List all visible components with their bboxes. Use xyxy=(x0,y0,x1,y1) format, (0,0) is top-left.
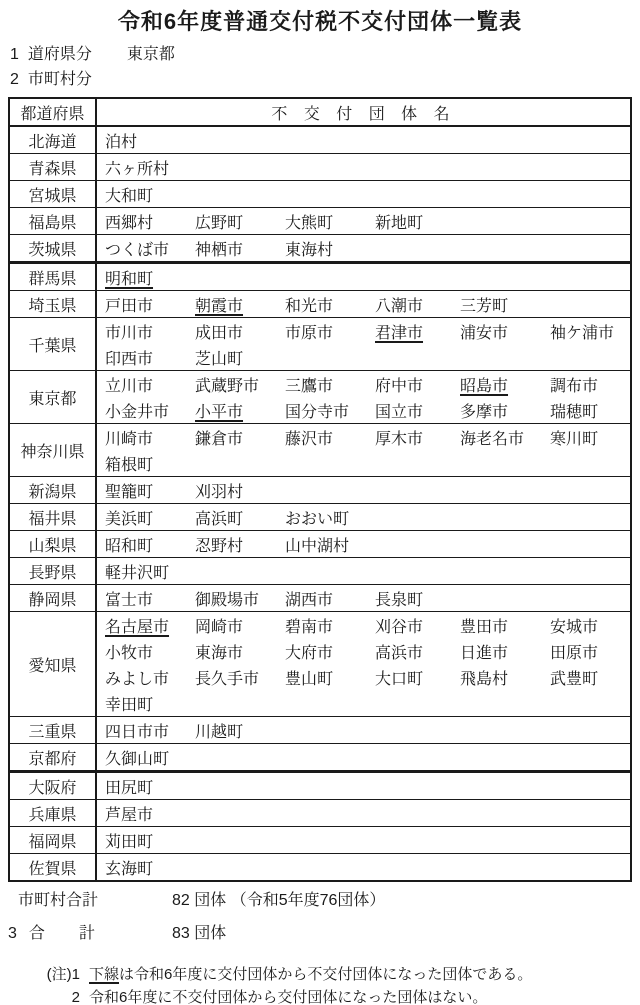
municipality: 美浜町 xyxy=(105,506,195,529)
note-1-text: 下線は令和6年度に交付団体から不交付団体になった団体である。 xyxy=(89,963,532,986)
note-1-rest: は令和6年度に交付団体から不交付団体になった団体である。 xyxy=(119,966,532,983)
municipality-list: 玄海町 xyxy=(97,854,630,880)
non-grant-municipality-table: 都道府県 不 交 付 団 体 名 北海道泊村青森県六ヶ所村宮城県大和町福島県西郷… xyxy=(8,97,632,882)
municipality: 海老名市 xyxy=(460,426,550,449)
municipality: 多摩市 xyxy=(460,399,550,422)
municipality: 武蔵野市 xyxy=(195,373,285,396)
municipality-list: つくば市神栖市東海村 xyxy=(97,235,630,261)
grand-total-number: 3 xyxy=(8,925,17,942)
municipality: 浦安市 xyxy=(460,320,550,343)
municipality-list: 苅田町 xyxy=(97,827,630,853)
municipal-total-line: 市町村合計 82 団体 （令和5年度76団体） xyxy=(0,891,640,911)
table-row: 東京都立川市武蔵野市三鷹市府中市昭島市調布市小金井市小平市国分寺市国立市多摩市瑞… xyxy=(10,371,630,424)
municipality: 三芳町 xyxy=(460,293,550,316)
municipality-newly-nongrant: 君津市 xyxy=(375,320,460,343)
municipality: おおい町 xyxy=(285,506,375,529)
municipality: 聖籠町 xyxy=(105,479,195,502)
municipality-list: 富士市御殿場市湖西市長泉町 xyxy=(97,585,630,611)
municipality: 豊山町 xyxy=(285,666,375,689)
page-title: 令和6年度普通交付税不交付団体一覧表 xyxy=(0,7,640,37)
municipality-newly-nongrant: 名古屋市 xyxy=(105,614,195,637)
municipality: 立川市 xyxy=(105,373,195,396)
municipality-list: 昭和町忍野村山中湖村 xyxy=(97,531,630,557)
municipality: 玄海町 xyxy=(105,856,195,879)
municipality: 神栖市 xyxy=(195,237,285,260)
municipality: 西郷村 xyxy=(105,210,195,233)
municipality: 湖西市 xyxy=(285,587,375,610)
municipality: 泊村 xyxy=(105,129,195,152)
table-header-row: 都道府県 不 交 付 団 体 名 xyxy=(10,99,630,127)
municipality: 大口町 xyxy=(375,666,460,689)
municipality: 豊田市 xyxy=(460,614,550,637)
municipality-list: 四日市市川越町 xyxy=(97,717,630,743)
document-page: 令和6年度普通交付税不交付団体一覧表 1道府県分東京都 2市町村分 都道府県 不… xyxy=(0,0,640,1005)
prefecture-table-body: 北海道泊村青森県六ヶ所村宮城県大和町福島県西郷村広野町大熊町新地町茨城県つくば市… xyxy=(10,127,630,880)
table-row: 大阪府田尻町 xyxy=(10,773,630,800)
table-row: 佐賀県玄海町 xyxy=(10,854,630,880)
table-row: 福岡県苅田町 xyxy=(10,827,630,854)
table-row: 神奈川県川崎市鎌倉市藤沢市厚木市海老名市寒川町箱根町 xyxy=(10,424,630,477)
municipality: 苅田町 xyxy=(105,829,195,852)
prefecture-name: 宮城県 xyxy=(10,181,97,207)
prefecture-name: 青森県 xyxy=(10,154,97,180)
prefecture-name: 千葉県 xyxy=(10,318,97,370)
table-row: 千葉県市川市成田市市原市君津市浦安市袖ケ浦市印西市芝山町 xyxy=(10,318,630,371)
section-1-number: 1 xyxy=(10,46,19,63)
municipality: 成田市 xyxy=(195,320,285,343)
section-1-label: 道府県分 xyxy=(28,46,92,63)
table-row: 北海道泊村 xyxy=(10,127,630,154)
municipality-list: 名古屋市岡崎市碧南市刈谷市豊田市安城市小牧市東海市大府市高浜市日進市田原市みよし… xyxy=(97,612,630,716)
prefecture-name: 福岡県 xyxy=(10,827,97,853)
municipality-list: 川崎市鎌倉市藤沢市厚木市海老名市寒川町箱根町 xyxy=(97,424,630,476)
municipal-total-label: 市町村合計 xyxy=(18,892,98,909)
municipality-list: 明和町 xyxy=(97,264,630,290)
municipality: 大熊町 xyxy=(285,210,375,233)
municipality: 芦屋市 xyxy=(105,802,195,825)
prefecture-name: 愛知県 xyxy=(10,612,97,716)
municipality: 瑞穂町 xyxy=(550,399,630,422)
municipality: 鎌倉市 xyxy=(195,426,285,449)
municipality: 箱根町 xyxy=(105,452,195,475)
municipality-list: 芦屋市 xyxy=(97,800,630,826)
municipality-list: 六ヶ所村 xyxy=(97,154,630,180)
note-1-prefix: (注)1 xyxy=(0,963,80,986)
municipality: 東海市 xyxy=(195,640,285,663)
municipality-newly-nongrant: 小平市 xyxy=(195,399,285,422)
municipality-list: 大和町 xyxy=(97,181,630,207)
municipality: 調布市 xyxy=(550,373,630,396)
municipality: 刈谷市 xyxy=(375,614,460,637)
municipality: 小牧市 xyxy=(105,640,195,663)
table-row: 兵庫県芦屋市 xyxy=(10,800,630,827)
note-1-underlined-word: 下線 xyxy=(89,966,119,983)
municipality-newly-nongrant: 昭島市 xyxy=(460,373,550,396)
municipality: 武豊町 xyxy=(550,666,630,689)
municipality-list: 西郷村広野町大熊町新地町 xyxy=(97,208,630,234)
grand-total-line: 3合 計 83 団体 xyxy=(0,924,640,944)
municipality: 忍野村 xyxy=(195,533,285,556)
prefecture-column-header: 都道府県 xyxy=(10,99,97,125)
note-2-text: 令和6年度に不交付団体から交付団体になった団体はない。 xyxy=(89,986,487,1005)
municipality-list: 泊村 xyxy=(97,127,630,153)
prefecture-name: 新潟県 xyxy=(10,477,97,503)
table-row: 群馬県明和町 xyxy=(10,264,630,291)
municipality: 寒川町 xyxy=(550,426,630,449)
municipality: 久御山町 xyxy=(105,746,195,769)
municipality: 山中湖村 xyxy=(285,533,375,556)
prefecture-name: 東京都 xyxy=(10,371,97,423)
prefecture-name: 北海道 xyxy=(10,127,97,153)
municipality: 田原市 xyxy=(550,640,630,663)
table-row: 宮城県大和町 xyxy=(10,181,630,208)
municipality-list: 田尻町 xyxy=(97,773,630,799)
table-row: 長野県軽井沢町 xyxy=(10,558,630,585)
municipality: 田尻町 xyxy=(105,775,195,798)
municipality: 刈羽村 xyxy=(195,479,285,502)
prefecture-name: 埼玉県 xyxy=(10,291,97,317)
municipality-newly-nongrant: 明和町 xyxy=(105,266,195,289)
municipality: 印西市 xyxy=(105,346,195,369)
notes-block: (注)1 下線は令和6年度に交付団体から不交付団体になった団体である。 2 令和… xyxy=(0,963,640,1005)
section-municipal-line: 2市町村分 xyxy=(0,69,640,91)
municipality: 大府市 xyxy=(285,640,375,663)
table-row: 青森県六ヶ所村 xyxy=(10,154,630,181)
prefecture-name: 三重県 xyxy=(10,717,97,743)
prefecture-name: 長野県 xyxy=(10,558,97,584)
municipality: 富士市 xyxy=(105,587,195,610)
municipality-newly-nongrant: 朝霞市 xyxy=(195,293,285,316)
municipality: みよし市 xyxy=(105,666,195,689)
municipality: 市原市 xyxy=(285,320,375,343)
section-prefecture-line: 1道府県分東京都 xyxy=(0,44,640,66)
municipality-list: 美浜町高浜町おおい町 xyxy=(97,504,630,530)
municipality: 新地町 xyxy=(375,210,460,233)
municipality: 藤沢市 xyxy=(285,426,375,449)
table-row: 静岡県富士市御殿場市湖西市長泉町 xyxy=(10,585,630,612)
section-1-value: 東京都 xyxy=(127,46,175,63)
municipality-list: 軽井沢町 xyxy=(97,558,630,584)
table-row: 愛知県名古屋市岡崎市碧南市刈谷市豊田市安城市小牧市東海市大府市高浜市日進市田原市… xyxy=(10,612,630,717)
municipality: 国分寺市 xyxy=(285,399,375,422)
municipality: 六ヶ所村 xyxy=(105,156,195,179)
municipality: 長泉町 xyxy=(375,587,460,610)
municipality: 御殿場市 xyxy=(195,587,285,610)
municipality: 府中市 xyxy=(375,373,460,396)
municipality-list: 市川市成田市市原市君津市浦安市袖ケ浦市印西市芝山町 xyxy=(97,318,630,370)
table-row: 茨城県つくば市神栖市東海村 xyxy=(10,235,630,264)
table-row: 埼玉県戸田市朝霞市和光市八潮市三芳町 xyxy=(10,291,630,318)
municipalities-column-header: 不 交 付 団 体 名 xyxy=(97,99,630,125)
prefecture-name: 大阪府 xyxy=(10,773,97,799)
table-row: 京都府久御山町 xyxy=(10,744,630,773)
prefecture-name: 福井県 xyxy=(10,504,97,530)
prefecture-name: 静岡県 xyxy=(10,585,97,611)
municipality: 高浜市 xyxy=(375,640,460,663)
table-row: 福島県西郷村広野町大熊町新地町 xyxy=(10,208,630,235)
municipality: 四日市市 xyxy=(105,719,195,742)
municipality: 厚木市 xyxy=(375,426,460,449)
table-row: 山梨県昭和町忍野村山中湖村 xyxy=(10,531,630,558)
municipality: 川越町 xyxy=(195,719,285,742)
municipality: 小金井市 xyxy=(105,399,195,422)
municipality-list: 聖籠町刈羽村 xyxy=(97,477,630,503)
municipal-total-value: 82 団体 （令和5年度76団体） xyxy=(172,891,385,911)
municipality: 軽井沢町 xyxy=(105,560,195,583)
prefecture-name: 佐賀県 xyxy=(10,854,97,880)
municipality: 袖ケ浦市 xyxy=(550,320,630,343)
municipality: 和光市 xyxy=(285,293,375,316)
municipality: 広野町 xyxy=(195,210,285,233)
municipality-list: 立川市武蔵野市三鷹市府中市昭島市調布市小金井市小平市国分寺市国立市多摩市瑞穂町 xyxy=(97,371,630,423)
municipality: 三鷹市 xyxy=(285,373,375,396)
table-row: 三重県四日市市川越町 xyxy=(10,717,630,744)
table-row: 福井県美浜町高浜町おおい町 xyxy=(10,504,630,531)
prefecture-name: 兵庫県 xyxy=(10,800,97,826)
municipality: 昭和町 xyxy=(105,533,195,556)
prefecture-name: 福島県 xyxy=(10,208,97,234)
municipality: 芝山町 xyxy=(195,346,285,369)
municipality-list: 久御山町 xyxy=(97,744,630,770)
municipality: 八潮市 xyxy=(375,293,460,316)
municipality: 碧南市 xyxy=(285,614,375,637)
note-1: (注)1 下線は令和6年度に交付団体から不交付団体になった団体である。 xyxy=(0,963,640,986)
grand-total-value: 83 団体 xyxy=(172,924,226,944)
municipality: 岡崎市 xyxy=(195,614,285,637)
prefecture-name: 神奈川県 xyxy=(10,424,97,476)
prefecture-name: 京都府 xyxy=(10,744,97,770)
section-2-label: 市町村分 xyxy=(28,71,92,88)
table-row: 新潟県聖籠町刈羽村 xyxy=(10,477,630,504)
municipality: 高浜町 xyxy=(195,506,285,529)
municipality: 大和町 xyxy=(105,183,195,206)
municipality: 日進市 xyxy=(460,640,550,663)
municipality: 幸田町 xyxy=(105,692,195,715)
municipality: 長久手市 xyxy=(195,666,285,689)
prefecture-name: 群馬県 xyxy=(10,264,97,290)
grand-total-label: 合 計 xyxy=(29,925,104,942)
note-2: 2 令和6年度に不交付団体から交付団体になった団体はない。 xyxy=(0,986,640,1005)
municipality: 戸田市 xyxy=(105,293,195,316)
section-2-number: 2 xyxy=(10,71,19,88)
municipality-list: 戸田市朝霞市和光市八潮市三芳町 xyxy=(97,291,630,317)
municipality: つくば市 xyxy=(105,237,195,260)
prefecture-name: 山梨県 xyxy=(10,531,97,557)
municipality: 国立市 xyxy=(375,399,460,422)
municipality: 市川市 xyxy=(105,320,195,343)
prefecture-name: 茨城県 xyxy=(10,235,97,261)
municipality: 飛島村 xyxy=(460,666,550,689)
municipality: 安城市 xyxy=(550,614,630,637)
municipality: 東海村 xyxy=(285,237,375,260)
note-2-prefix: 2 xyxy=(0,986,80,1005)
municipality: 川崎市 xyxy=(105,426,195,449)
